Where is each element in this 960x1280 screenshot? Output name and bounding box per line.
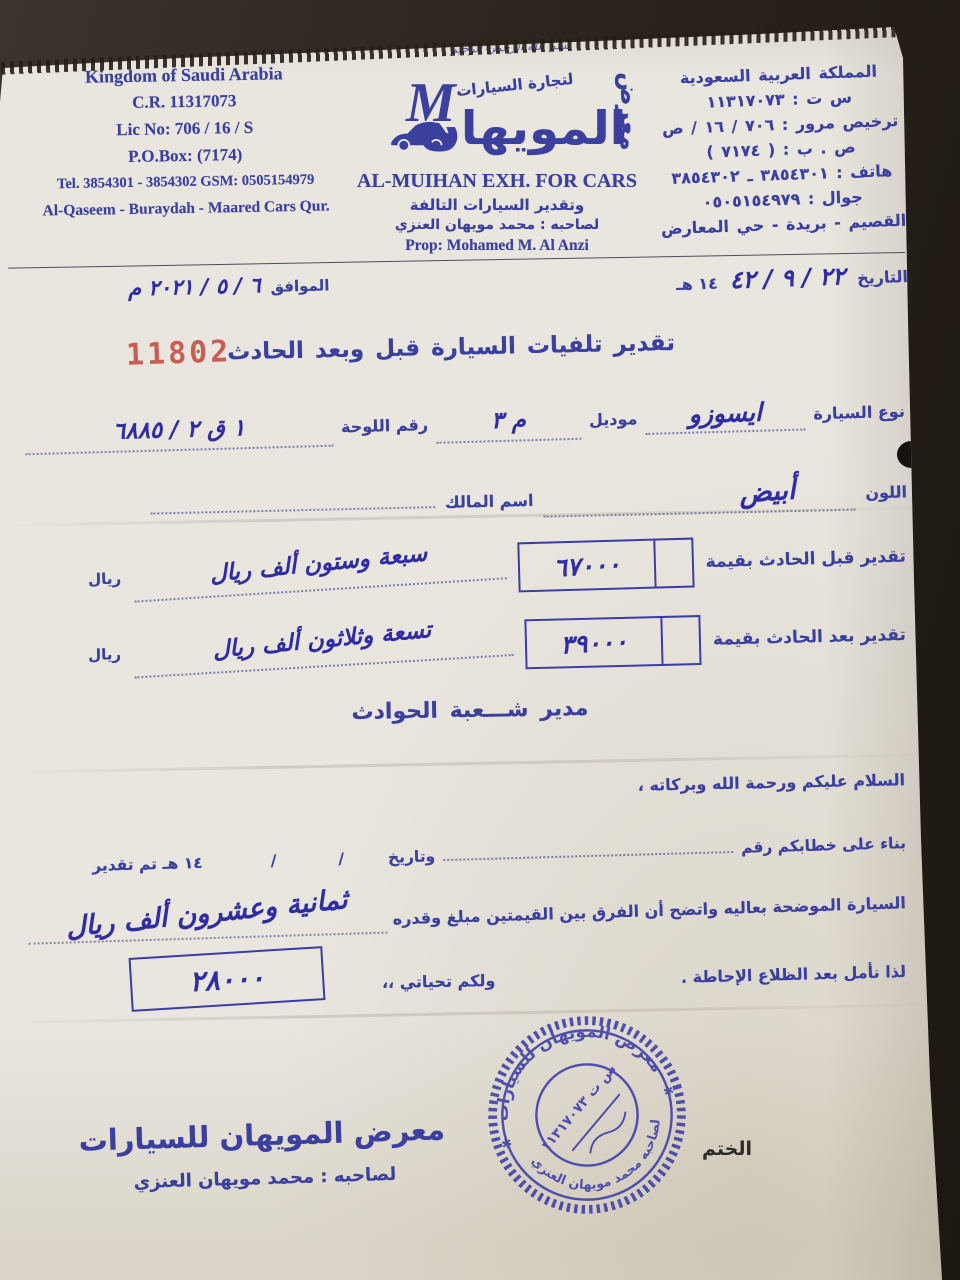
estimate-after-box-small-cell — [661, 617, 700, 664]
reference-number-field — [443, 829, 734, 861]
salutation: السلام عليكم ورحمة الله وبركاته ، — [545, 770, 905, 797]
footer-company-name: معرض المويهان للسيارات — [85, 1112, 446, 1157]
car-type-label: نوع السيارة — [813, 402, 905, 424]
form-title: تقدير تلفيات السيارة قبل وبعد الحادث — [295, 330, 675, 364]
proprietor-arabic: لصاحبه : محمد مويهان العنزي — [352, 217, 642, 233]
hijri-date-row: التاريخ ٢٢ / ٩ / ٤٢ ١٤ هـ — [676, 260, 909, 296]
date-slash-2: / — [270, 852, 276, 870]
serial-number: 11802 — [125, 334, 231, 373]
estimate-before-amount: ٦٧٠٠٠ — [519, 547, 655, 584]
riyal-label-after: ريال — [88, 645, 121, 664]
estimate-before-words-field: سبعة وستون ألف ريال — [132, 543, 506, 602]
difference-words: ثمانية وعشرون ألف ريال — [64, 884, 348, 943]
services-line: وتقدير السيارات التالفة — [352, 196, 642, 214]
estimate-after-amount: ٣٩٠٠٠ — [526, 624, 661, 661]
date-handwritten: ٢٢ / ٩ / ٤٢ — [729, 262, 845, 294]
color-label: اللون — [865, 482, 907, 502]
estimate-after-label: تقدير بعد الحادث بقيمة — [713, 625, 906, 650]
estimate-before-label: تقدير قبل الحادث بقيمة — [705, 547, 906, 573]
plate-value: ١ ق ٢ / ٦٨٨٥ — [112, 415, 245, 445]
estimate-after-words-field: تسعة وثلاثون ألف ريال — [132, 620, 514, 678]
stamp-star-left: ✱ — [499, 1135, 514, 1153]
model-field: م ٣ — [436, 406, 582, 444]
regards-line: ولكم تحياتي ،، — [382, 971, 496, 992]
estimate-after-words: تسعة وثلاثون ألف ريال — [212, 617, 433, 664]
color-value: أبيض — [738, 475, 796, 510]
difference-amount-box: ٢٨٠٠٠ — [129, 946, 326, 1012]
company-round-stamp: معرض المويهان للسيارات لصاحبه محمد مويها… — [452, 980, 722, 1250]
car-type-field: ايسوزو — [645, 397, 806, 435]
plate-field: ١ ق ٢ / ٦٨٨٥ — [25, 413, 334, 456]
reference-label: بناء على خطابكم رقم — [741, 834, 906, 857]
estimate-after-row: تقدير بعد الحادث بقيمة ٣٩٠٠٠ تسعة وثلاثو… — [88, 610, 907, 680]
difference-words-field: ثمانية وعشرون ألف ريال — [28, 901, 388, 945]
owner-name-field — [150, 472, 436, 514]
proprietor-english: Prop: Mohamed M. Al Anzi — [352, 237, 642, 255]
exhibition-word-vertical: معرض — [615, 72, 644, 151]
letterhead-arabic: المملكة العربية السعودية س ت : ١١٣١٧٠٧٣ … — [642, 57, 920, 241]
body-line: السيارة الموضحة بعاليه واتضح أن الفرق بي… — [392, 893, 906, 928]
estimate-before-box: ٦٧٠٠٠ — [517, 538, 694, 593]
reference-tail: ١٤ هـ تم تقدير — [92, 854, 203, 875]
estimate-before-words: سبعة وستون ألف ريال — [209, 540, 429, 587]
paper-crease — [0, 753, 945, 774]
owner-name-label: اسم المالك — [445, 491, 534, 512]
corresponding-label: الموافق — [270, 276, 329, 296]
riyal-label-before: ريال — [88, 570, 121, 589]
estimate-before-row: تقدير قبل الحادث بقيمة ٦٧٠٠٠ سبعة وستون … — [87, 532, 906, 605]
model-label: موديل — [589, 409, 638, 429]
body-paragraph-row: السيارة الموضحة بعاليه واتضح أن الفرق بي… — [28, 884, 907, 945]
reference-date-label: وتاريخ — [388, 847, 436, 866]
gregorian-date-row: الموافق ٦ / ٥ / ٢٠٢١ م — [128, 271, 330, 300]
date-slash-1: / — [338, 850, 344, 868]
manager-title: مدير شـــعبة الحوادث — [320, 695, 620, 725]
company-name-arabic: المويهان — [418, 96, 628, 160]
scanned-document-photo: { "colors":{"ink":"#3b3f9e","hand":"#2f2… — [0, 0, 960, 1280]
model-value: م ٣ — [491, 407, 526, 434]
estimate-after-box: ٣٩٠٠٠ — [525, 615, 702, 669]
document-paper: Kingdom of Saudi Arabia C.R. 11317073 Li… — [0, 0, 960, 1280]
reference-line: بناء على خطابكم رقم وتاريخ / / ١٤ هـ تم … — [58, 824, 906, 876]
date-label: التاريخ — [857, 267, 908, 288]
letterhead-english: Kingdom of Saudi Arabia C.R. 11317073 Li… — [19, 59, 352, 225]
difference-amount: ٢٨٠٠٠ — [188, 960, 265, 998]
footer-company-owner: لصاحبه : محمد مويهان العنزي — [85, 1162, 445, 1194]
estimate-before-box-small-cell — [653, 540, 692, 587]
address-en: Al-Qaseem - Buraydah - Maared Cars Qur. — [21, 193, 351, 225]
vehicle-info-row: نوع السيارة ايسوزو موديل م ٣ رقم اللوحة … — [25, 394, 906, 456]
plate-label: رقم اللوحة — [341, 415, 429, 436]
gregorian-date-handwritten: ٦ / ٥ / ٢٠٢١ م — [128, 273, 261, 300]
stamp-label: الختم — [702, 1138, 752, 1160]
car-type-value: ايسوزو — [688, 398, 762, 429]
stamp-star-right: ✱ — [661, 1082, 676, 1100]
hole-punch-mark — [897, 441, 926, 468]
date-suffix: ١٤ هـ — [676, 274, 718, 294]
company-name-english: AL-MUIHAN EXH. FOR CARS — [338, 170, 656, 193]
